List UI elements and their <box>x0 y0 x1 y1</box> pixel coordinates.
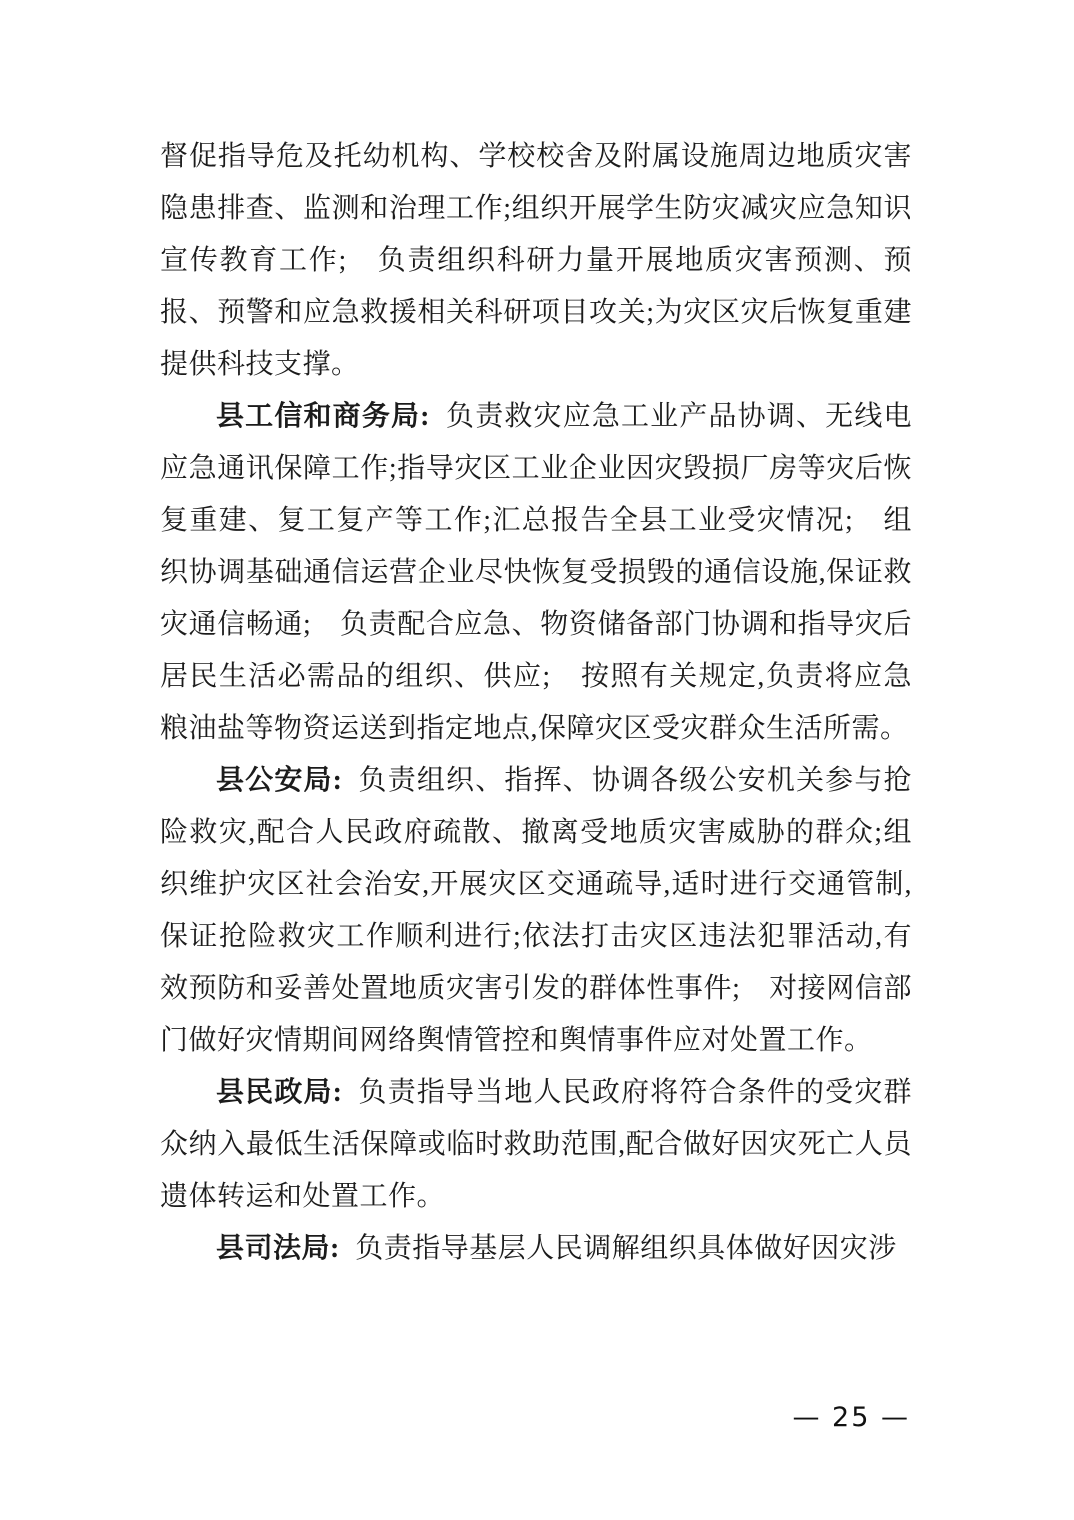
paragraph-text: 负责救灾应急工业产品协调、无线电应急通讯保障工作;指导灾区工业企业因灾毁损厂房等… <box>160 401 912 744</box>
paragraph-continuation: 督促指导危及托幼机构、学校校舍及附属设施周边地质灾害隐患排查、监测和治理工作;组… <box>160 131 912 391</box>
paragraph-civil-affairs-bureau: 县民政局:负责指导当地人民政府将符合条件的受灾群众纳入最低生活保障或临时救助范围… <box>160 1067 912 1223</box>
document-page: 督促指导危及托幼机构、学校校舍及附属设施周边地质灾害隐患排查、监测和治理工作;组… <box>0 0 1074 1520</box>
paragraph-industry-commerce-bureau: 县工信和商务局:负责救灾应急工业产品协调、无线电应急通讯保障工作;指导灾区工业企… <box>160 391 912 755</box>
document-body: 督促指导危及托幼机构、学校校舍及附属设施周边地质灾害隐患排查、监测和治理工作;组… <box>160 131 912 1275</box>
bureau-name-civil-affairs: 县民政局: <box>216 1077 342 1108</box>
paragraph-text: 负责指导基层人民调解组织具体做好因灾涉 <box>355 1233 897 1264</box>
paragraph-text: 督促指导危及托幼机构、学校校舍及附属设施周边地质灾害隐患排查、监测和治理工作;组… <box>160 141 912 380</box>
paragraph-justice-bureau: 县司法局:负责指导基层人民调解组织具体做好因灾涉 <box>160 1223 912 1275</box>
bureau-name-public-security: 县公安局: <box>216 765 342 796</box>
bureau-name-industry-commerce: 县工信和商务局: <box>216 401 430 432</box>
paragraph-public-security-bureau: 县公安局:负责组织、指挥、协调各级公安机关参与抢险救灾,配合人民政府疏散、撤离受… <box>160 755 912 1067</box>
bureau-name-justice: 县司法局: <box>216 1233 340 1264</box>
page-number: — 25 — <box>792 1402 910 1433</box>
paragraph-text: 负责组织、指挥、协调各级公安机关参与抢险救灾,配合人民政府疏散、撤离受地质灾害威… <box>160 765 912 1056</box>
